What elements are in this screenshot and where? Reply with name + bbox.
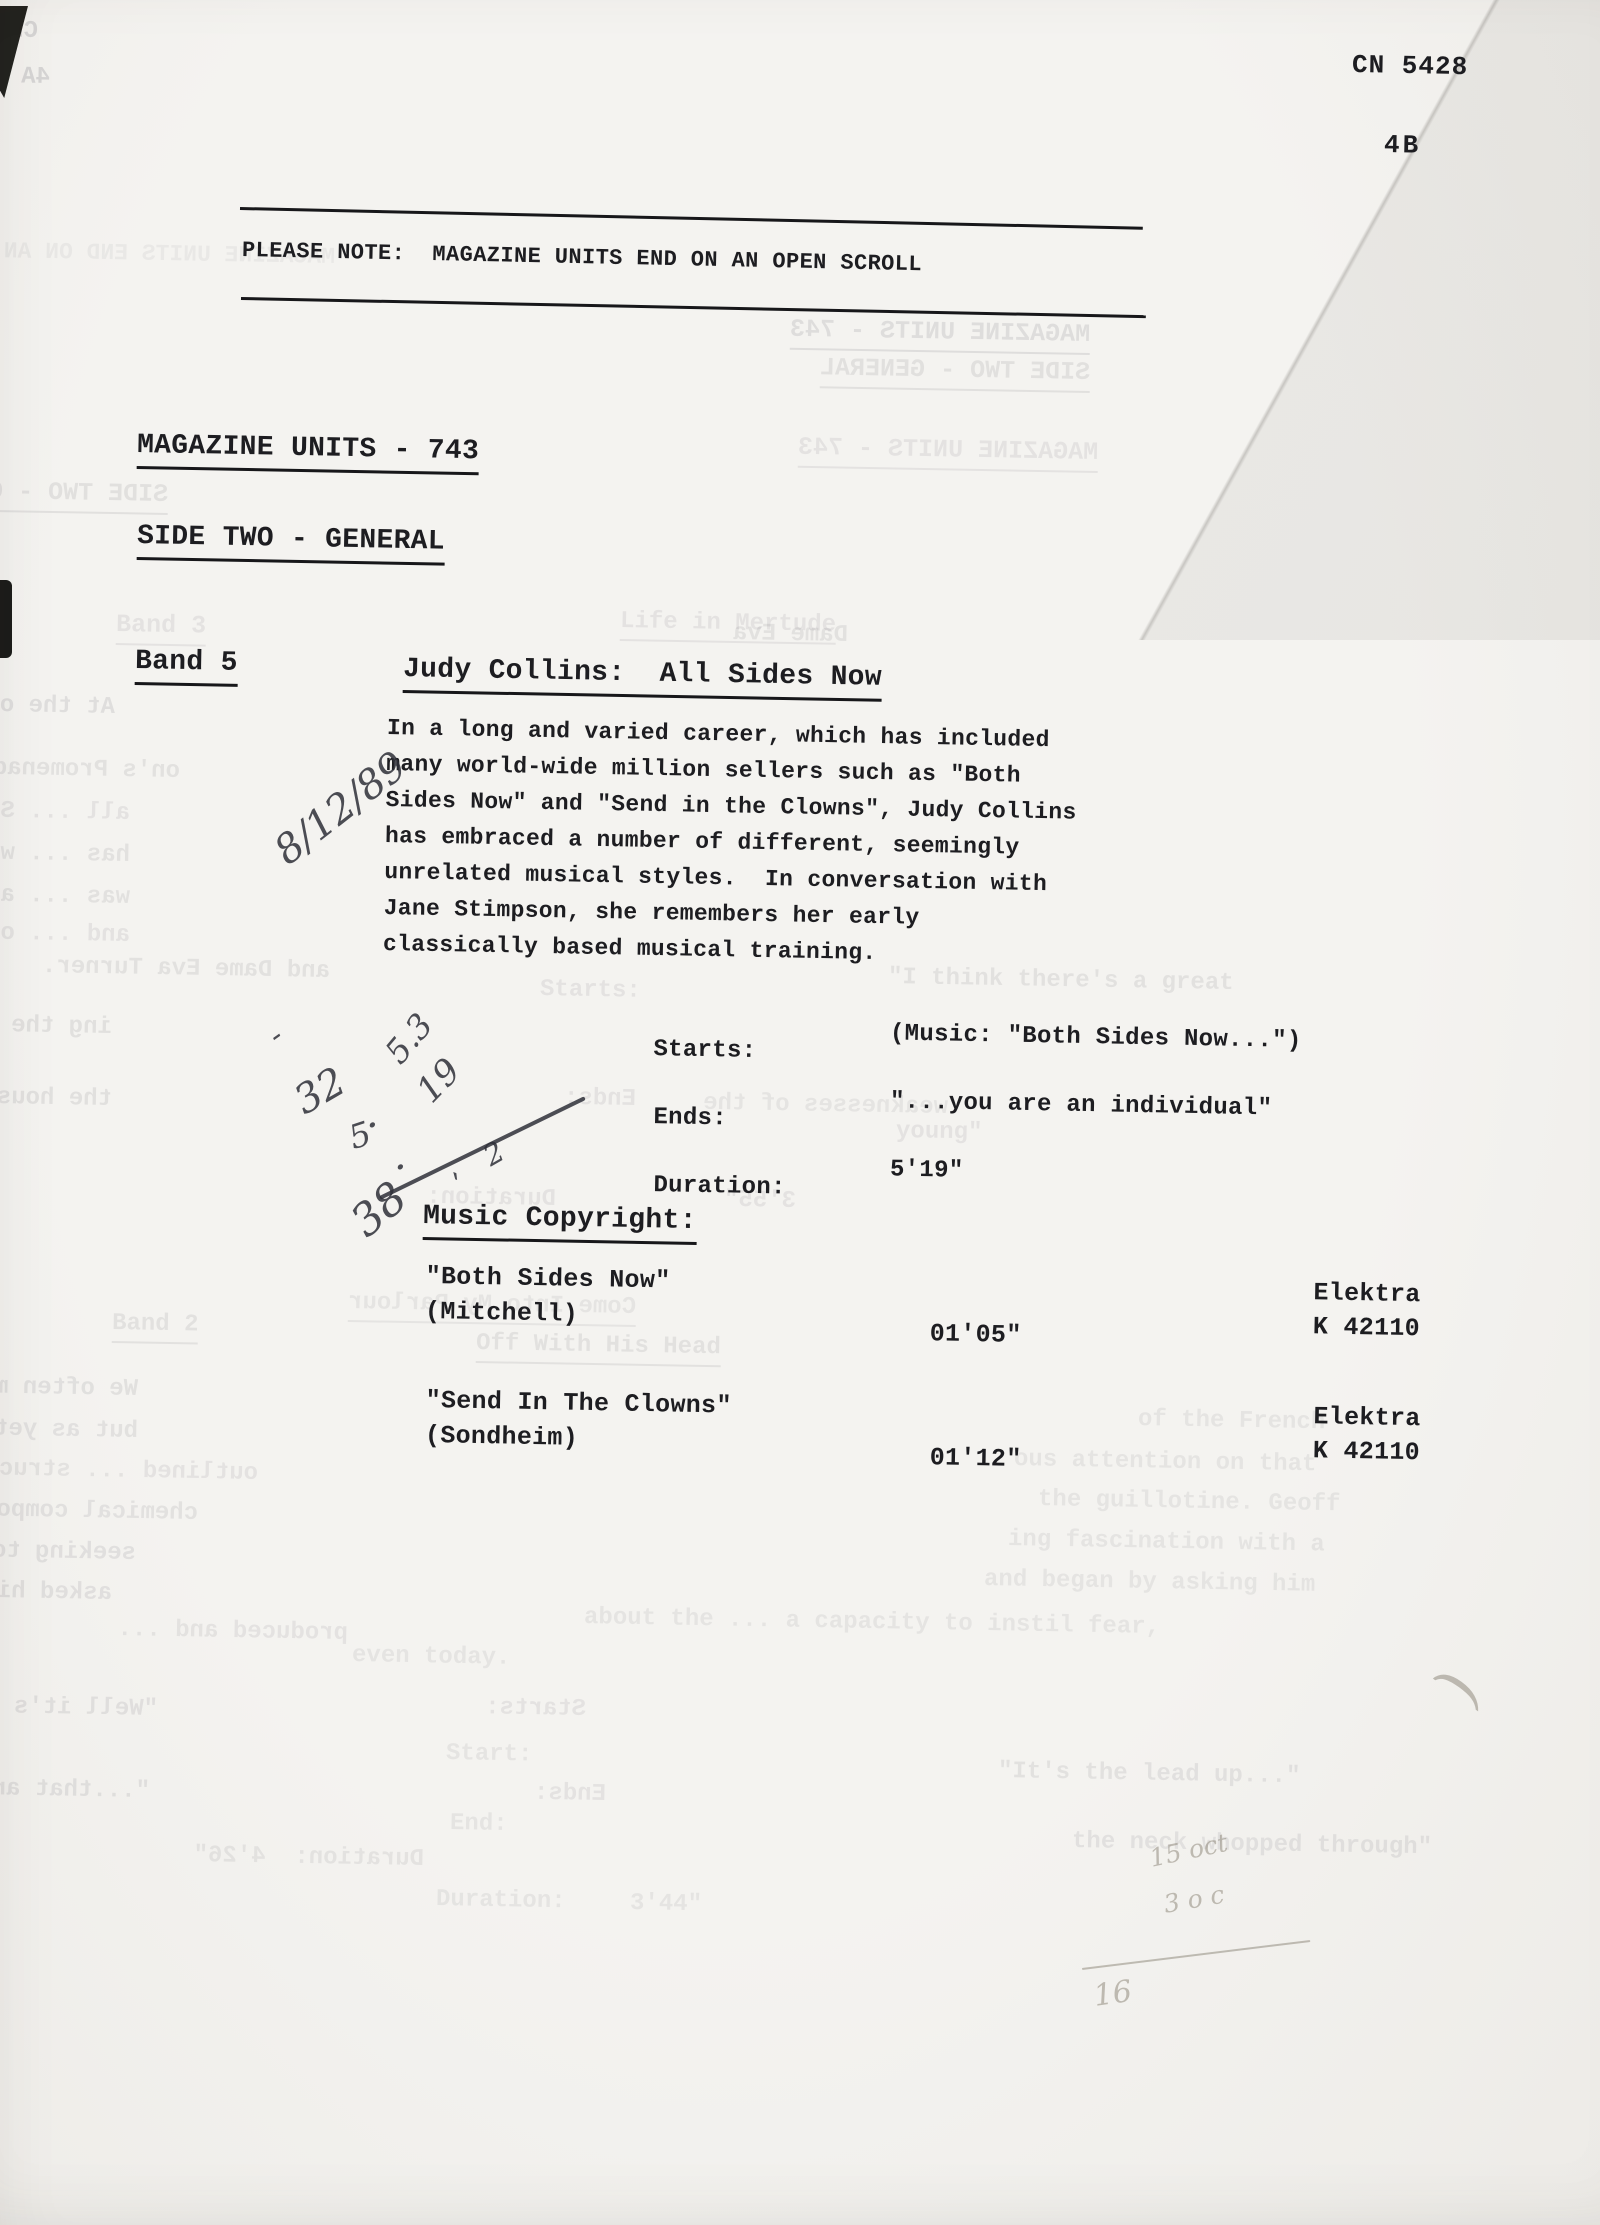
handwriting-mark: 5.3 — [379, 1008, 438, 1069]
handwriting-mark: - — [263, 1021, 289, 1051]
handwriting-mark: 16 — [1092, 1977, 1134, 2012]
handwriting-mark: 3 o c — [1162, 1882, 1226, 1917]
handwriting-mark: 15 oct — [1147, 1830, 1229, 1871]
handwriting-mark: 19 — [411, 1053, 467, 1109]
handwriting-mark: 8/12/89 — [268, 745, 414, 871]
handwriting-mark: ` — [436, 1169, 464, 1207]
handwriting-mark: ) — [1425, 1664, 1489, 1711]
handwriting-stroke — [1082, 1940, 1311, 1970]
handwriting-stroke — [379, 1096, 586, 1200]
handwriting-layer: 8/12/89-32.5.3195.2`3815 oct3 o c16) — [0, 0, 1600, 2225]
scanned-document-page: CN 54284AMAGAZINE UNITS END ON AN OPEN S… — [0, 0, 1600, 2225]
handwriting-mark: 32 — [288, 1061, 352, 1121]
handwriting-mark: . — [394, 1136, 407, 1176]
